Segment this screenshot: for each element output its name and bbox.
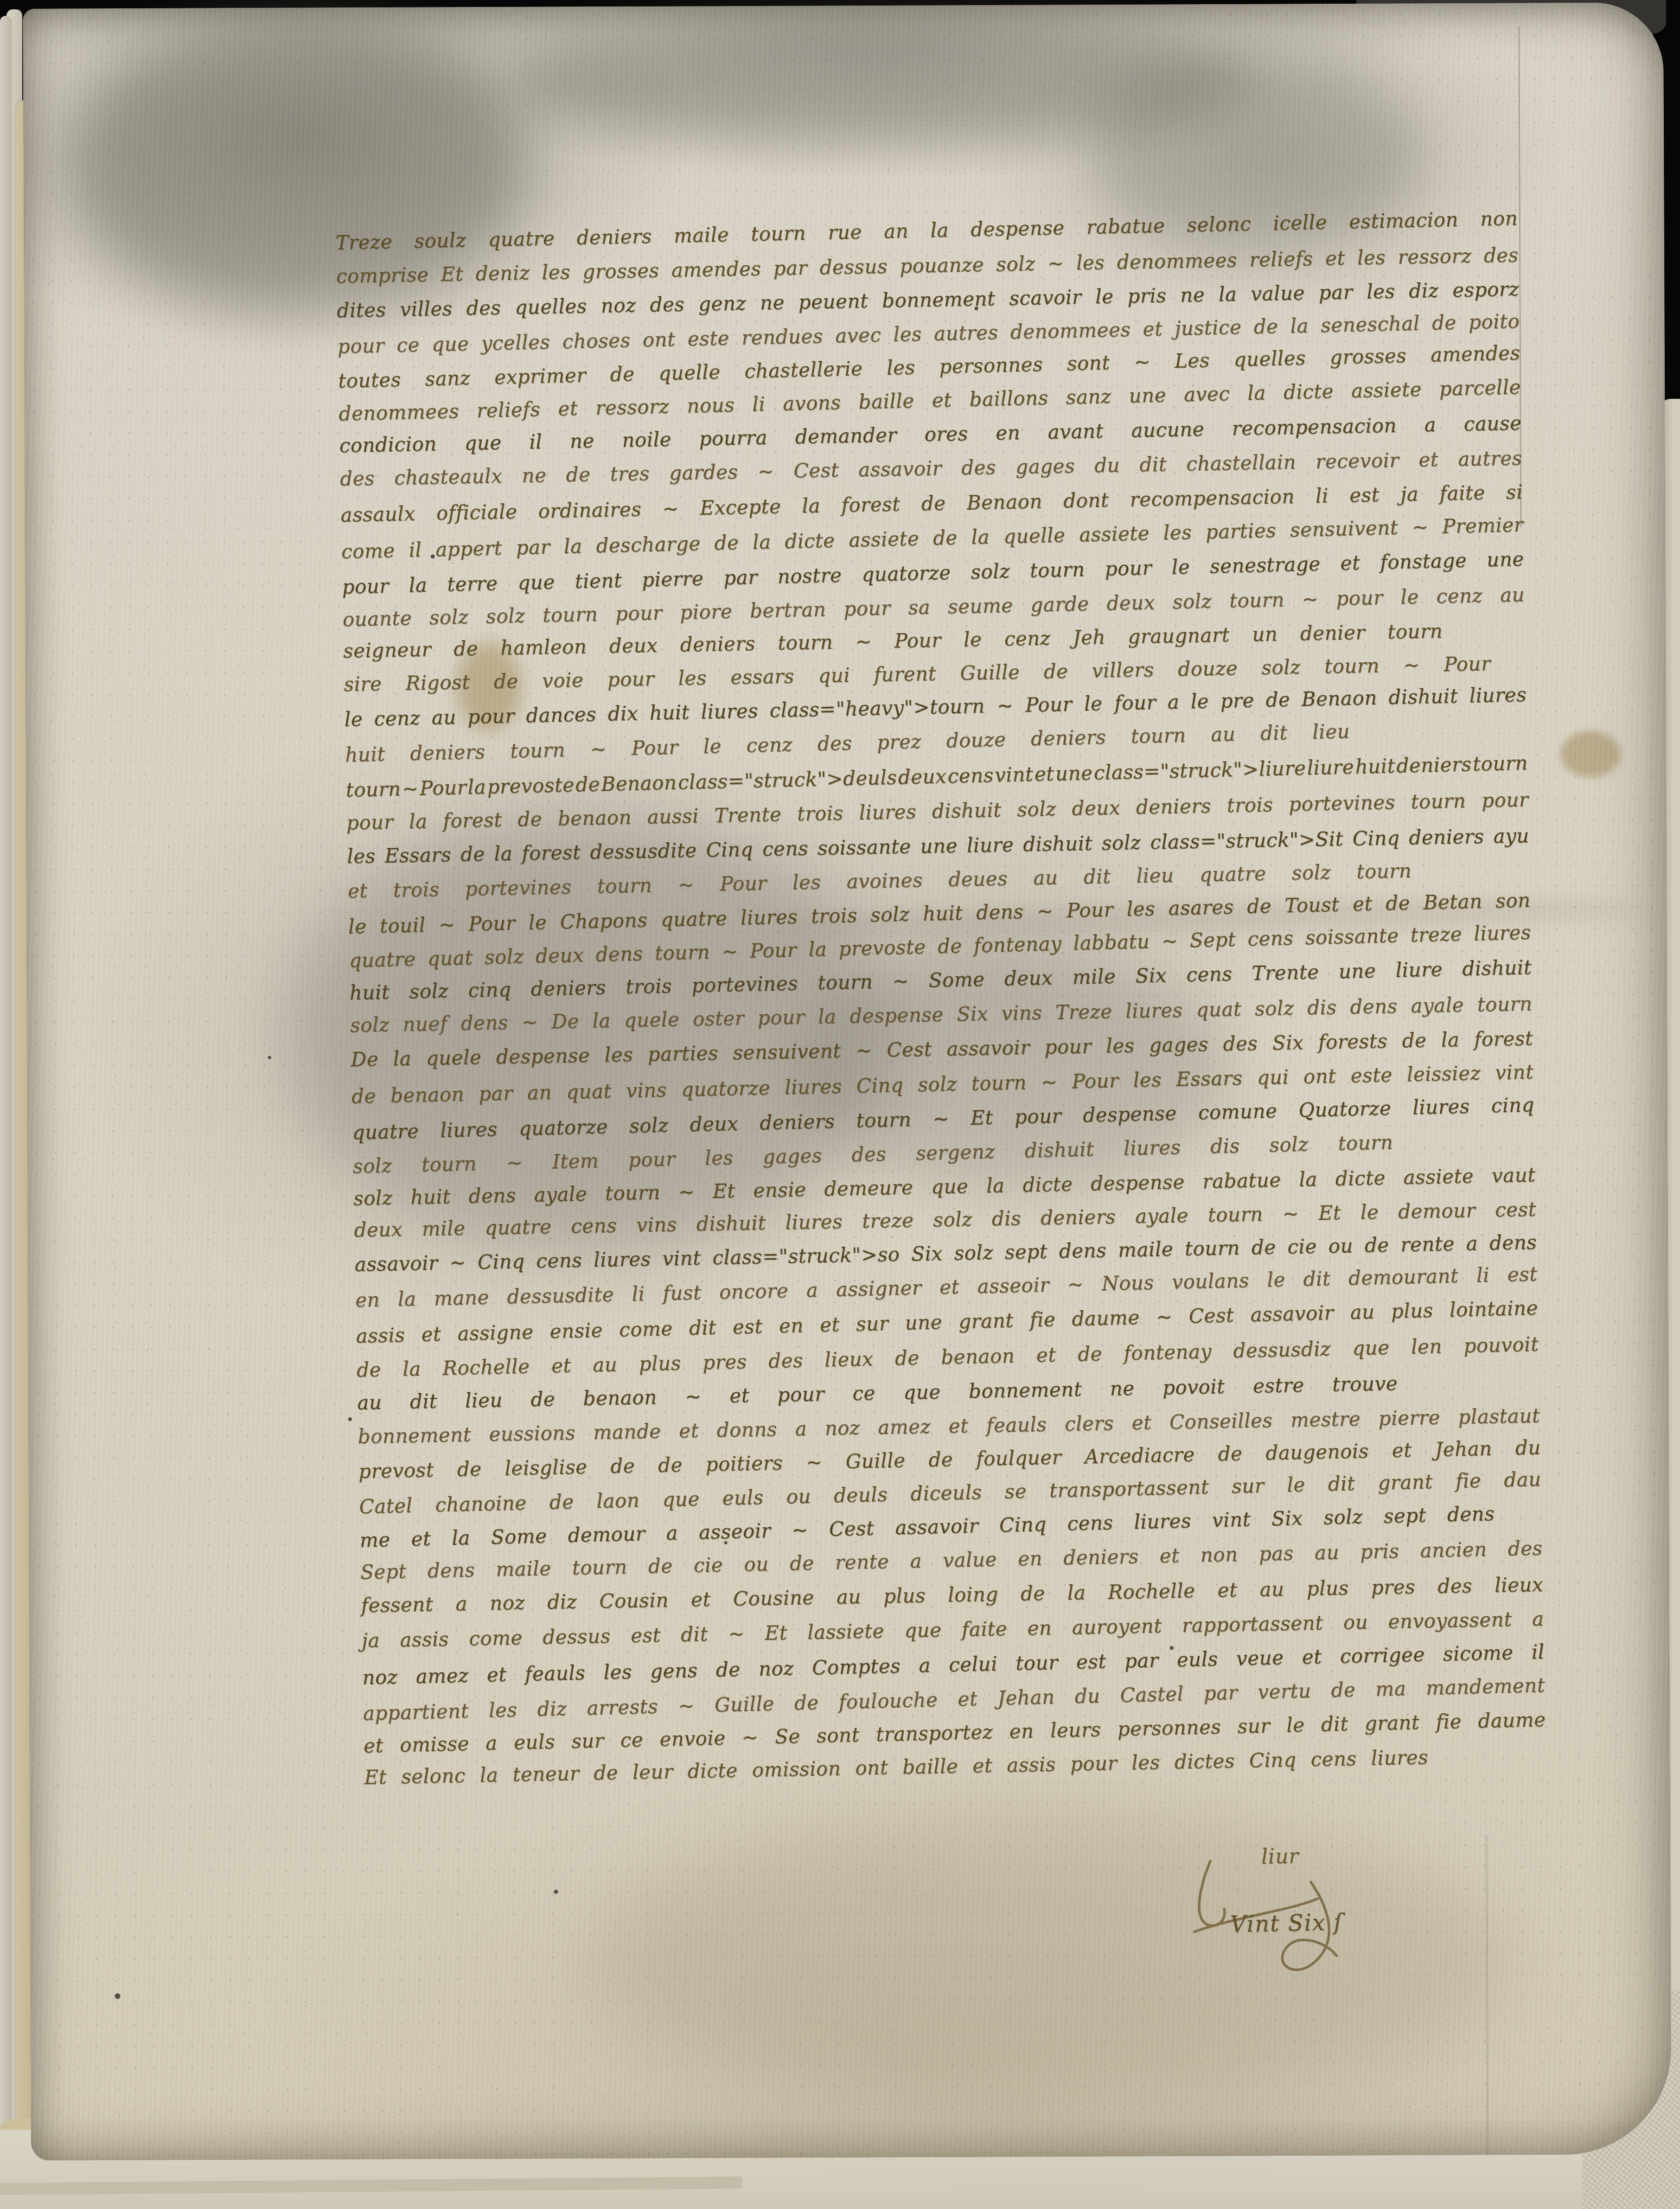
stain — [510, 13, 1252, 146]
docket-line-2: Vint Six ſ — [1230, 1909, 1343, 1938]
manuscript-page: Treze soulz quatre deniers maile tourn r… — [23, 2, 1672, 2161]
docket: liur Vint Six ſ — [1188, 1834, 1433, 2016]
ink-speck — [348, 1417, 352, 1421]
text-block: Treze soulz quatre deniers maile tourn r… — [335, 203, 1547, 1794]
stain — [1560, 731, 1621, 777]
photo-backdrop: Treze soulz quatre deniers maile tourn r… — [0, 0, 1680, 2209]
ink-speck — [268, 1056, 271, 1059]
ink-speck — [554, 1889, 558, 1894]
ink-speck — [115, 1993, 121, 1999]
page-edge-strip — [0, 16, 12, 2209]
crease-line — [1486, 1835, 1488, 2155]
docket-line-1: liur — [1261, 1844, 1299, 1869]
